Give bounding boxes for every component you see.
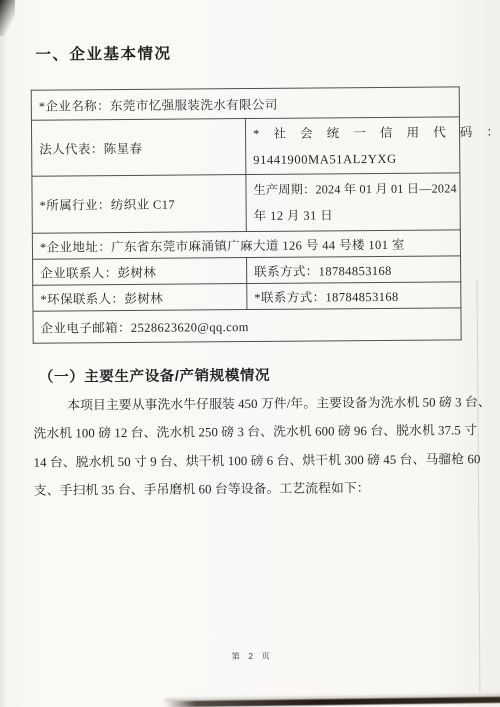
scanned-page: 一、企业基本情况 *企业名称：东莞市忆强服装洗水有限公司 法人代表：陈星春 * …	[0, 0, 500, 707]
production-scale-paragraph: 本项目主要从事洗水牛仔服装 450 万件/年。主要设备为洗水机 50 磅 3 台…	[33, 388, 470, 505]
table-row-env-contact: *环保联系人：彭树林 *联系方式：18784853168	[33, 282, 461, 311]
company-name-cell: *企业名称：东莞市忆强服装洗水有限公司	[31, 87, 459, 120]
paragraph-line: 支、手扫机 35 台、手吊磨机 60 台等设备。工艺流程如下：	[34, 473, 470, 505]
company-contact-phone-cell: 联系方式：18784853168	[247, 256, 461, 284]
email-cell: 企业电子邮箱：2528623620@qq.com	[33, 308, 461, 343]
production-period-line2: 年 12 月 31 日	[254, 201, 458, 229]
scan-corner-artifact	[0, 0, 15, 36]
page-number-footer: 第 2 页	[2, 648, 500, 664]
industry-cell: *所属行业：纺织业 C17	[32, 175, 246, 234]
section2-title: （一）主要生产设备/产销规模情况	[39, 364, 270, 387]
paragraph-line: 本项目主要从事洗水牛仔服装 450 万件/年。主要设备为洗水机 50 磅 3 台…	[33, 388, 469, 420]
env-contact-phone-cell: *联系方式：18784853168	[247, 282, 461, 310]
company-info-table: *企业名称：东莞市忆强服装洗水有限公司 法人代表：陈星春 * 社 会 统 一 信…	[31, 86, 462, 343]
production-period-line1: 生产周期：2024 年 01 月 01 日—2024	[253, 175, 457, 203]
address-cell: *企业地址：广东省东莞市麻涌镇广麻大道 126 号 44 号楼 101 室	[32, 230, 460, 259]
table-row-company-contact: 企业联系人：彭树林 联系方式：18784853168	[33, 256, 461, 285]
credit-code-label: * 社 会 统 一 信 用 代 码 ：	[253, 119, 457, 147]
paragraph-line: 14 台、脱水机 50 寸 9 台、烘干机 100 磅 6 台、烘干机 300 …	[34, 445, 470, 477]
credit-code-cell: * 社 会 统 一 信 用 代 码 ： 91441900MA51AL2YXG	[245, 117, 459, 175]
table-row-industry-period: *所属行业：纺织业 C17 生产周期：2024 年 01 月 01 日—2024…	[32, 173, 460, 233]
company-contact-cell: 企业联系人：彭树林	[33, 258, 247, 286]
table-row-company-name: *企业名称：东莞市忆强服装洗水有限公司	[31, 87, 459, 120]
table-row-address: *企业地址：广东省东莞市麻涌镇广麻大道 126 号 44 号楼 101 室	[32, 230, 460, 259]
legal-representative-cell: 法人代表：陈星春	[31, 119, 245, 177]
credit-code-value: 91441900MA51AL2YXG	[253, 145, 457, 173]
paragraph-line: 洗水机 100 磅 12 台、洗水机 250 磅 3 台、洗水机 600 磅 9…	[33, 417, 469, 449]
table-row-legal-rep-credit-code: 法人代表：陈星春 * 社 会 统 一 信 用 代 码 ： 91441900MA5…	[31, 117, 459, 176]
section1-title: 一、企业基本情况	[35, 42, 171, 65]
production-period-cell: 生产周期：2024 年 01 月 01 日—2024 年 12 月 31 日	[246, 173, 460, 232]
env-contact-cell: *环保联系人：彭树林	[33, 284, 247, 312]
table-row-email: 企业电子邮箱：2528623620@qq.com	[33, 308, 461, 343]
